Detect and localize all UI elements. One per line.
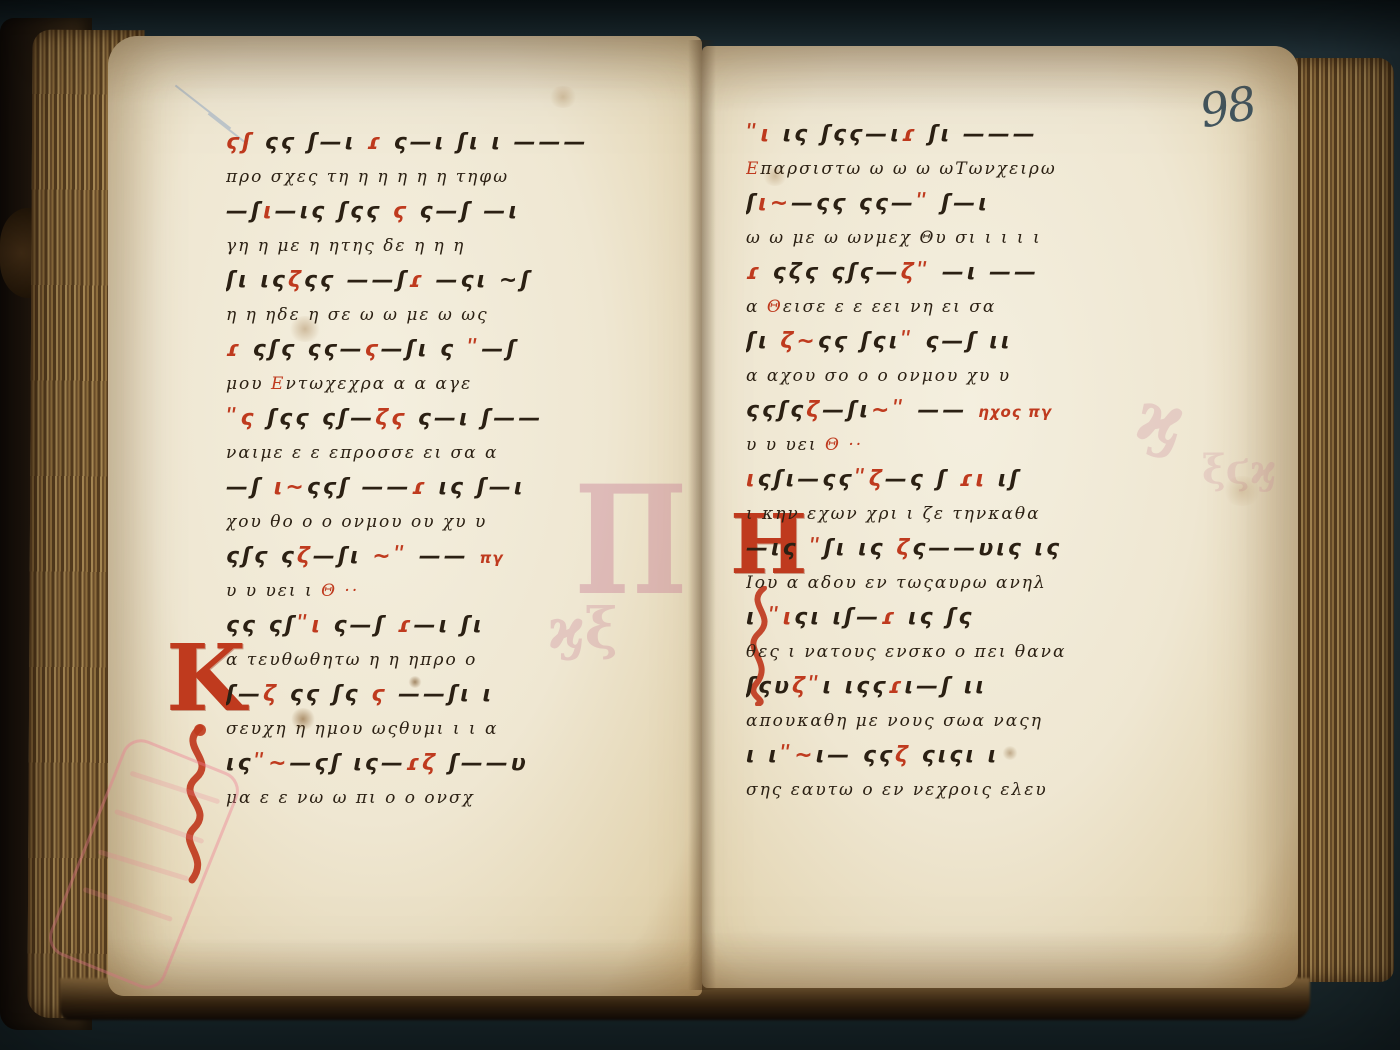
right-page: 98 ϗ ξϛϗ Η ʺι ις ʃςϛ—ιɾ ʃι ———Επαρσιστω … <box>702 46 1298 988</box>
neume-line: ʃ—ζ ςϛ ʃς ϛ ——ʃι ι <box>226 678 670 714</box>
neume-line: ɾ ςʃϛ ςϛ—ϛ—ʃι ς ʺ—ʃ <box>226 333 670 369</box>
neume-segment: ις ʃςϛ—ι <box>783 122 902 147</box>
neume-segment: ςϛ ʃςι <box>818 329 901 354</box>
neume-segment: ϛ <box>365 337 381 362</box>
neume-segment: ςς ςʃ <box>226 613 297 638</box>
lyric-segment: μα ε ε νω ω πι ο ο ονσχ <box>226 788 475 808</box>
neume-segment: ʃι <box>746 329 780 354</box>
neume-segment: ʺ <box>467 337 481 362</box>
neume-segment: —ις ʃςϛ <box>275 199 393 224</box>
neume-segment: ɾ <box>881 605 897 630</box>
neume-segment: ʺς <box>226 406 267 431</box>
neume-segment: ι <box>746 467 758 492</box>
lyric-segment: ντωχεχρα α α αγε <box>285 374 472 394</box>
lyric-segment: σευχη η ημου ωςθυμι ι ι α <box>226 719 498 739</box>
neume-segment: ςϛ ʃς <box>290 682 372 707</box>
neume-segment: ʃ— <box>226 682 263 707</box>
lyric-line: Επαρσιστω ω ω ω ωΤωνχειρω <box>746 154 1214 187</box>
lyric-segment: ναιμε ε ε επροσσε ει σα α <box>226 443 499 463</box>
lyric-segment: α τευθωθητω η η ηπρο ο <box>226 650 477 670</box>
neume-segment: —— <box>907 398 978 423</box>
neume-segment: ς—ι ʃ—— <box>407 406 543 431</box>
neume-segment: ιʃ <box>987 467 1021 492</box>
neume-segment: ςʃϛ ς <box>226 544 297 569</box>
gutter-shadow <box>688 40 716 990</box>
neume-segment: ις <box>226 751 254 776</box>
lyric-line: υ υ υει Θ ·· <box>746 430 1214 463</box>
neume-segment: ι <box>263 199 275 224</box>
neume-segment: ɾ <box>412 475 428 500</box>
neume-line: ςʃϛ ςζ—ʃι ~ʺ —— πγ <box>226 540 670 576</box>
neume-segment: ζ <box>263 682 290 707</box>
neume-segment: —ι ʃι <box>414 613 485 638</box>
lyric-line: ναιμε ε ε επροσσε ει σα α <box>226 438 670 471</box>
neume-line: ʃςυζʺι ιςϛɾι—ʃ ιι <box>746 670 1214 706</box>
lyric-line: ω ω με ω ωνμεχ Θυ σι ι ι ι ι <box>746 223 1214 256</box>
neume-line: —ις ʺʃι ις ζς——υις ις <box>746 532 1214 568</box>
lyric-segment: ω ω με ω ωνμεχ Θυ σι ι ι ι ι <box>746 228 1042 248</box>
lyric-segment: θες ι νατους ενσκο ο πει θανα <box>746 642 1066 662</box>
neume-segment: ζ <box>806 398 822 423</box>
lyric-line: χου θο ο ο ονμου ου χυ υ <box>226 507 670 540</box>
neume-line: —ʃι—ις ʃςϛ ϛ ς—ʃ —ι <box>226 195 670 231</box>
left-text-block: ϛʃ ςϛ ʃ—ι ɾ ς—ι ʃι ι ———προ σχες τη η η … <box>226 126 670 816</box>
stain <box>1222 476 1262 506</box>
neume-segment: ςζϛ ςʃϛ— <box>773 260 901 285</box>
neume-segment: ʺι <box>768 605 794 630</box>
neume-segment: ɾ <box>746 260 773 285</box>
neume-segment: —ʃι <box>313 544 372 569</box>
neume-segment: ʺζ <box>854 467 884 492</box>
neume-line: ɾ ςζϛ ςʃϛ—ζʺ —ι —— <box>746 256 1214 292</box>
neume-segment: ςʃϛ ςϛ— <box>253 337 365 362</box>
neume-line: ʃι ζ~ςϛ ʃςιʺ ς—ʃ ιι <box>746 325 1214 361</box>
lyric-segment: μου <box>226 374 271 394</box>
neume-segment: ʺ~ <box>780 743 816 768</box>
neume-line: ςϛʃςζ—ʃι~ʺ —— ηχος πγ <box>746 394 1214 430</box>
neume-segment: ςϛ ——ʃ <box>304 268 409 293</box>
neume-segment: —ʃ <box>226 475 274 500</box>
stamp-text-line <box>129 771 220 805</box>
neume-segment: ʺ~ <box>254 751 290 776</box>
mode-rubric: ηχος πγ <box>978 403 1052 421</box>
neume-segment: ς—ʃ <box>323 613 398 638</box>
neume-segment: ςϛʃς <box>746 398 806 423</box>
neume-segment: ʃ—ι <box>930 191 989 216</box>
lyric-line: απουκαθη με νους σωα ναςη <box>746 706 1214 739</box>
lyric-line: γη η με η ητης δε η η η <box>226 231 670 264</box>
neume-segment: ϛ <box>393 199 409 224</box>
neume-segment: ςʃι—ςϛ <box>758 467 855 492</box>
neume-segment: ɾ <box>409 268 425 293</box>
neume-segment: ις ʃς <box>897 605 974 630</box>
neume-segment: —ʃι ς <box>381 337 467 362</box>
neume-segment: ——ʃι ι <box>387 682 494 707</box>
neume-line: ʃι~—ςϛ ςς—ʺ ʃ—ι <box>746 187 1214 223</box>
neume-segment: ʃςυ <box>746 674 792 699</box>
neume-segment: —ις <box>746 536 809 561</box>
lyric-segment: υ υ υει <box>746 435 825 455</box>
lyric-line: σης εαυτω ο εν νεχροις ελευ <box>746 775 1214 808</box>
neume-segment: ~ʺ <box>372 544 408 569</box>
neume-segment: ςϛʃ —— <box>307 475 412 500</box>
neume-segment: ζʺ <box>792 674 822 699</box>
lyric-segment: α <box>746 297 767 317</box>
neume-segment: —ʃ <box>481 337 518 362</box>
neume-segment: —ϛʃ ις— <box>290 751 406 776</box>
neume-segment: ςϛ ʃ—ι <box>265 130 367 155</box>
neume-segment: ~ʺ <box>871 398 907 423</box>
lyric-segment: γη η με η ητης δε η η η <box>226 236 465 256</box>
neume-line: ʺι ις ʃςϛ—ιɾ ʃι ——— <box>746 118 1214 154</box>
lyric-segment: υ υ υει ι <box>226 581 321 601</box>
lyric-segment: α αχου σο ο ο ονμου χυ υ <box>746 366 1011 386</box>
neume-segment: ζʺ <box>901 260 931 285</box>
neume-segment: ς—ι ʃι ι ——— <box>394 130 589 155</box>
neume-segment: ς—ʃ ιι <box>915 329 1013 354</box>
neume-segment: ι ι <box>746 743 780 768</box>
neume-segment: ʃι ις <box>824 536 897 561</box>
neume-line: ιςʺ~—ϛʃ ις—ɾζ ʃ——υ <box>226 747 670 783</box>
neume-line: ʺς ʃςϛ ςʃ—ζϛ ς—ι ʃ—— <box>226 402 670 438</box>
neume-line: ι ʺιςι ιʃ—ɾ ις ʃς <box>746 601 1214 637</box>
neume-segment: ʃ——υ <box>438 751 529 776</box>
lyric-line: προ σχες τη η η η η η τηφω <box>226 162 670 195</box>
neume-segment: ʺι <box>746 122 783 147</box>
lyric-line: μα ε ε νω ω πι ο ο ονσχ <box>226 783 670 816</box>
stamp-text-line <box>114 809 205 844</box>
neume-line: ςς ςʃʺι ς—ʃ ɾ—ι ʃι <box>226 609 670 645</box>
neume-segment: ɾι <box>959 467 987 492</box>
neume-line: —ʃ ι~ςϛʃ ——ɾ ις ʃ—ι <box>226 471 670 507</box>
lyric-line: ι κην εχων χρι ι ζε τηνκαθα <box>746 499 1214 532</box>
neume-segment: ζ <box>297 544 313 569</box>
neume-segment: ʺ <box>916 191 930 216</box>
neume-segment: ςι ιʃ— <box>794 605 881 630</box>
neume-segment: ɾ <box>367 130 394 155</box>
neume-segment: ζϛ <box>375 406 407 431</box>
neume-segment: ζ <box>288 268 304 293</box>
neume-segment: —ςϛ ςς— <box>791 191 916 216</box>
neume-segment: ʺ <box>809 536 823 561</box>
neume-segment: ζ <box>896 536 912 561</box>
manuscript-photo: Π ϗξ Κ ϛʃ ςϛ ʃ—ι ɾ ς—ι ʃι ι ———προ σχες … <box>0 0 1400 1050</box>
neume-segment: ι— ςϛ <box>816 743 895 768</box>
lyric-line: α Θεισε ε ε εει νη ει σα <box>746 292 1214 325</box>
neume-segment: ʃι ις <box>226 268 288 293</box>
lyric-line: μου Εντωχεχρα α α αγε <box>226 369 670 402</box>
neume-segment: ι~ <box>274 475 307 500</box>
lyric-line: α τευθωθητω η η ηπρο ο <box>226 645 670 678</box>
neume-segment: ɾ <box>397 613 413 638</box>
neume-segment: —ι —— <box>931 260 1039 285</box>
lyric-segment: ι κην εχων χρι ι ζε τηνκαθα <box>746 504 1041 524</box>
neume-segment: ϛʃ <box>226 130 265 155</box>
lyric-segment: εισε ε ε εει νη ει σα <box>783 297 997 317</box>
neume-segment: ι ιςϛ <box>823 674 889 699</box>
lyric-segment: παρσιστω ω ω ω ωΤωνχειρω <box>760 159 1056 179</box>
neume-segment: ɾζ <box>406 751 438 776</box>
neume-line: ιςʃι—ςϛʺζ—ς ʃ ɾι ιʃ <box>746 463 1214 499</box>
neume-segment: ɾ <box>226 337 253 362</box>
neume-segment: ι~ <box>758 191 791 216</box>
lyric-segment: Ιου α αδου εν τωςαυρω ανηλ <box>746 573 1047 593</box>
lyric-segment: Ε <box>271 374 285 394</box>
stamp-text-line <box>98 849 189 881</box>
neume-segment: ς—ʃ —ι <box>409 199 520 224</box>
neume-segment: ʺι <box>297 613 323 638</box>
neume-segment: ςιςι ι <box>911 743 999 768</box>
lyric-line: υ υ υει ι Θ ·· <box>226 576 670 609</box>
lyric-line: σευχη η ημου ωςθυμι ι ι α <box>226 714 670 747</box>
lyric-segment: Ε <box>746 159 760 179</box>
neume-segment: ɾ <box>902 122 918 147</box>
neume-segment: —ς ʃ <box>885 467 960 492</box>
neume-segment: ʃι ——— <box>918 122 1038 147</box>
neume-segment: ϛ <box>371 682 387 707</box>
lyric-segment: σης εαυτω ο εν νεχροις ελευ <box>746 780 1048 800</box>
neume-segment: ζ <box>895 743 911 768</box>
lyric-segment: χου θο ο ο ονμου ου χυ υ <box>226 512 487 532</box>
neume-line: ʃι ιςζςϛ ——ʃɾ —ςι ~ʃ <box>226 264 670 300</box>
lyric-segment: απουκαθη με νους σωα ναςη <box>746 711 1043 731</box>
neume-segment: ʺ <box>900 329 914 354</box>
neume-line: ϛʃ ςϛ ʃ—ι ɾ ς—ι ʃι ι ——— <box>226 126 670 162</box>
lyric-segment: Θ ·· <box>321 581 359 601</box>
right-text-block: ʺι ις ʃςϛ—ιɾ ʃι ———Επαρσιστω ω ω ω ωΤωνχ… <box>746 118 1214 808</box>
mode-rubric: πγ <box>480 549 504 567</box>
lyric-line: η η ηδε η σε ω ω με ω ως <box>226 300 670 333</box>
neume-segment: ɾ <box>888 674 904 699</box>
lyric-segment: η η ηδε η σε ω ω με ω ως <box>226 305 489 325</box>
neume-segment: —— <box>408 544 479 569</box>
lyric-segment: προ σχες τη η η η η η τηφω <box>226 167 509 187</box>
stamp-text-line <box>82 887 173 922</box>
lyric-line: θες ι νατους ενσκο ο πει θανα <box>746 637 1214 670</box>
neume-line: ι ιʺ~ι— ςϛζ ςιςι ι <box>746 739 1214 775</box>
neume-segment: —ςι ~ʃ <box>425 268 533 293</box>
neume-segment: ς——υις ις <box>912 536 1062 561</box>
neume-segment: —ʃι <box>822 398 871 423</box>
neume-segment: ʃςϛ ςʃ— <box>267 406 375 431</box>
neume-segment: ι <box>746 605 768 630</box>
lyric-line: Ιου α αδου εν τωςαυρω ανηλ <box>746 568 1214 601</box>
lyric-line: α αχου σο ο ο ονμου χυ υ <box>746 361 1214 394</box>
neume-segment: ζ~ <box>780 329 817 354</box>
lyric-segment: Θ ·· <box>825 435 863 455</box>
right-page-edges <box>1294 58 1394 982</box>
lyric-segment: Θ <box>767 297 783 317</box>
neume-segment: —ʃ <box>226 199 263 224</box>
neume-segment: ι—ʃ ιι <box>905 674 988 699</box>
stain <box>548 86 578 108</box>
neume-segment: ʃ <box>746 191 758 216</box>
neume-segment: ις ʃ—ι <box>428 475 526 500</box>
